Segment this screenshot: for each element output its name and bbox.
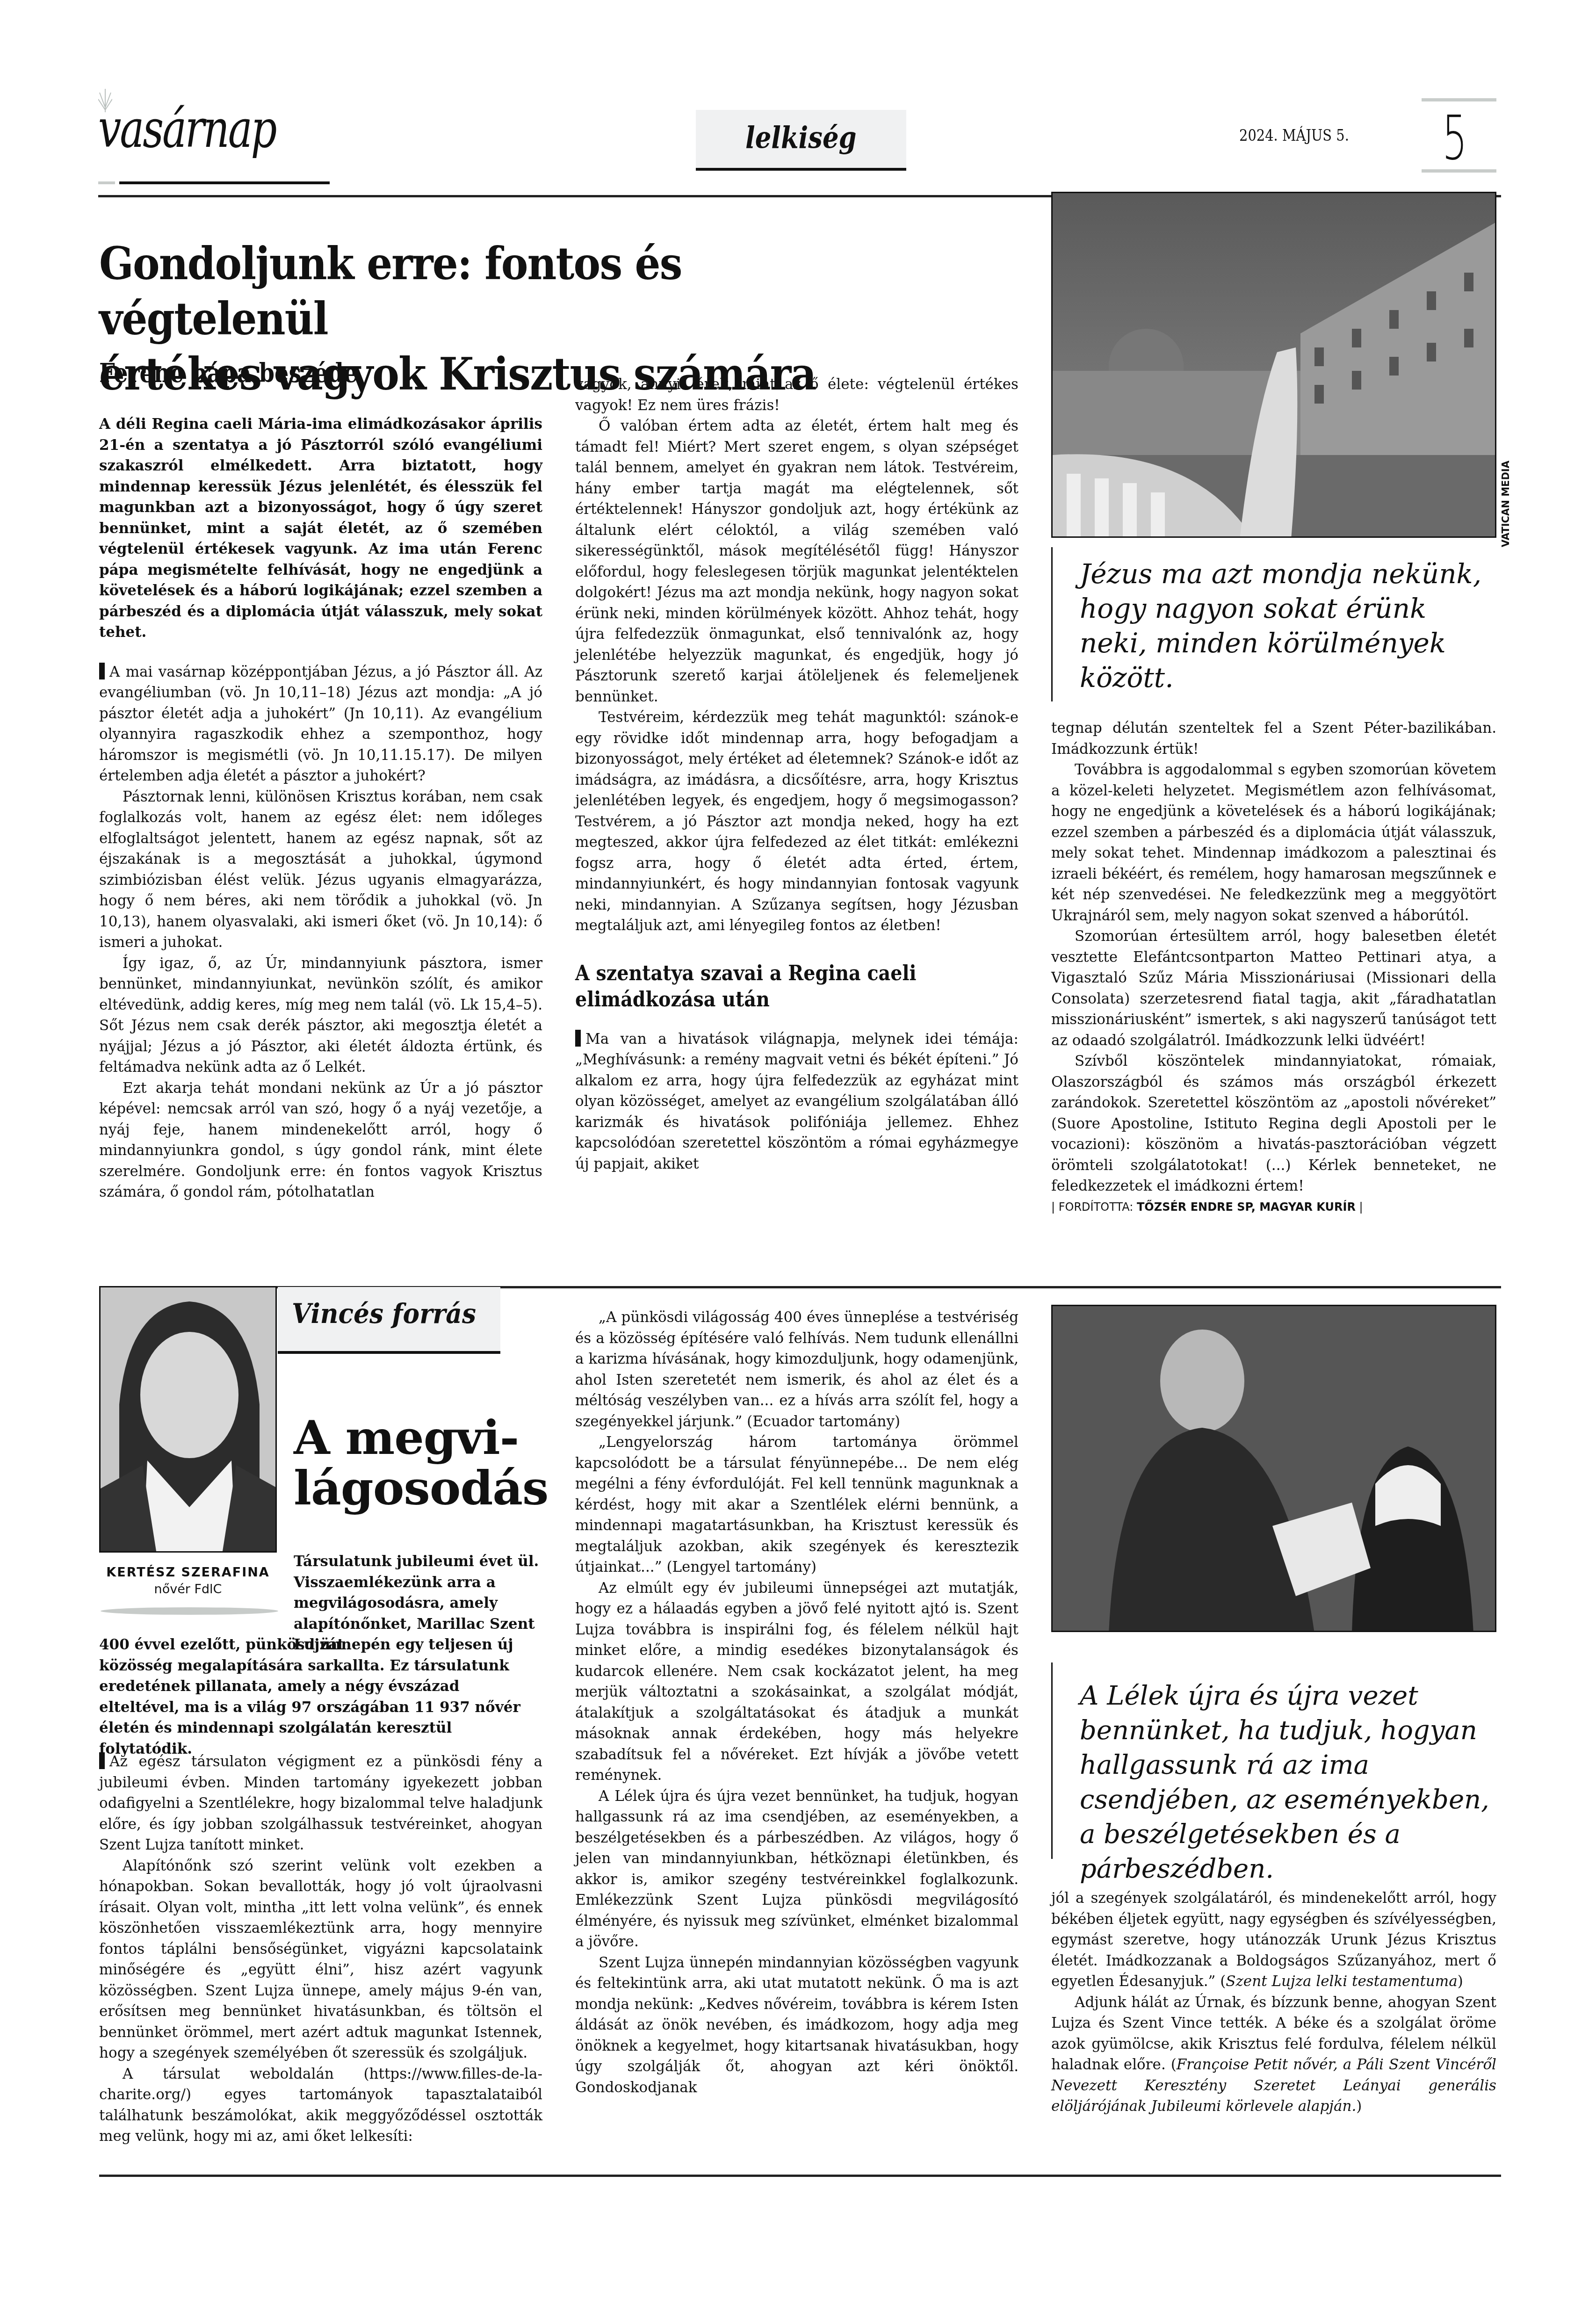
paragraph-marker-icon [99,663,105,679]
column-name: Vincés forrás [292,1287,476,1341]
page-number-bar-top [1422,98,1496,101]
paragraph: Pásztornak lenni, különösen Krisztus kor… [99,787,542,953]
pull-quote-2: A Lélek újra és újra vezet bennünket, ha… [1051,1662,1496,1859]
page-number: 5 [1442,108,1467,168]
paragraph-marker-icon [99,1752,105,1769]
issue-date: 2024. MÁJUS 5. [1239,126,1349,145]
masthead-underline-accent [98,181,115,184]
paragraph: A Lélek újra és újra vezet bennünket, ha… [575,1786,1018,1952]
paragraph: Az egész társulaton végigment ez a pünkö… [99,1751,542,1856]
article-subtitle: Ferenc pápa beszéde [99,358,358,389]
paragraph: Alapítónőnk szó szerint velünk volt ezek… [99,1856,542,2064]
paragraph: A társulat weboldalán (https://www.fille… [99,2064,542,2147]
masthead: vasárnap [98,94,351,159]
paragraph: „Lengyelország három tartománya örömmel … [575,1432,1018,1578]
paragraph: Szent Lujza ünnepén mindannyian közösség… [575,1952,1018,2098]
paragraph: Az elmúlt egy év jubileumi ünnepségei az… [575,1578,1018,1786]
column-name-tab: Vincés forrás [278,1287,500,1354]
paragraph: Ő valóban értem adta az életét, értem ha… [575,416,1018,707]
paragraph: jól a szegények szolgálatáról, és minden… [1051,1888,1496,1992]
paragraph: Így igaz, ő, az Úr, mindannyiunk pásztor… [99,953,542,1078]
paragraph: Adjunk hálát az Úrnak, és bízzunk benne,… [1051,1992,1496,2117]
paragraph: Ma van a hivatások világnapja, melynek i… [575,1029,1018,1175]
paragraph: A mai vasárnap középpontjában Jézus, a j… [99,662,542,787]
author-name: KERTÉSZ SZERAFINA [99,1564,277,1581]
pull-quote: Jézus ma azt mondja nekünk, hogy nagyon … [1051,547,1496,701]
paragraph: Szomorúan értesültem arról, hogy baleset… [1051,926,1496,1051]
subsection-heading: A szentatya szavai a Regina caeli elimád… [575,961,974,1013]
paragraph: Továbbra is aggodalommal s egyben szomor… [1051,759,1496,926]
paragraph: Testvéreim, kérdezzük meg tehát magunktó… [575,707,1018,936]
article1-column-2: vagyok, annyit érek, mint az ő élete: vé… [575,374,1018,1174]
author-portrait [99,1286,277,1553]
vatican-square-image [1053,193,1496,538]
paragraph: vagyok, annyit érek, mint az ő élete: vé… [575,374,1018,416]
masthead-underline [119,181,330,184]
article2-headline: A megvi- lágosodás [294,1412,556,1513]
footer-rule [99,2175,1501,2177]
paragraph: Ezt akarja tehát mondani nekünk az Úr a … [99,1078,542,1203]
saints-painting-image [1053,1306,1496,1632]
caption-divider [101,1607,278,1615]
saints-painting [1051,1305,1496,1632]
author-title: nővér FdlC [99,1581,277,1598]
article2-column-1: Az egész társulaton végigment ez a pünkö… [99,1751,542,2147]
translator-credit: | FORDÍTOTTA: TŐZSÉR ENDRE SP, MAGYAR KU… [1051,1197,1496,1218]
masthead-logo: vasárnap [98,103,295,155]
section-tab: lelkiség [696,110,906,171]
article2-column-2: „A pünkösdi világosság 400 éves ünneplés… [575,1307,1018,2098]
section-label: lelkiség [745,110,857,166]
photo-credit: FOTÓ: VATICAN MEDIA [1500,412,1512,547]
paragraph: Szívből köszöntelek mindannyiatokat, róm… [1051,1051,1496,1197]
author-caption: KERTÉSZ SZERAFINA nővér FdlC [99,1564,277,1598]
paragraph: tegnap délután szenteltek fel a Szent Pé… [1051,718,1496,759]
author-portrait-image [101,1287,277,1553]
paragraph: „A pünkösdi világosság 400 éves ünneplés… [575,1307,1018,1432]
article-lead: A déli Regina caeli Mária-ima elimádkozá… [99,414,542,643]
article2-column-3: jól a szegények szolgálatáról, és minden… [1051,1888,1496,2117]
vatican-photo [1051,192,1496,538]
page-number-bar-bottom [1422,169,1496,173]
headline-line-1: Gondoljunk erre: fontos és végtelenül [99,237,682,345]
article1-column-3: tegnap délután szenteltek fel a Szent Pé… [1051,718,1496,1217]
article2-lead-part2: 400 évvel ezelőtt, pünkösd ünnepén egy t… [99,1634,542,1759]
paragraph-marker-icon [575,1030,581,1047]
article1-column-1: A déli Regina caeli Mária-ima elimádkozá… [99,414,542,1203]
